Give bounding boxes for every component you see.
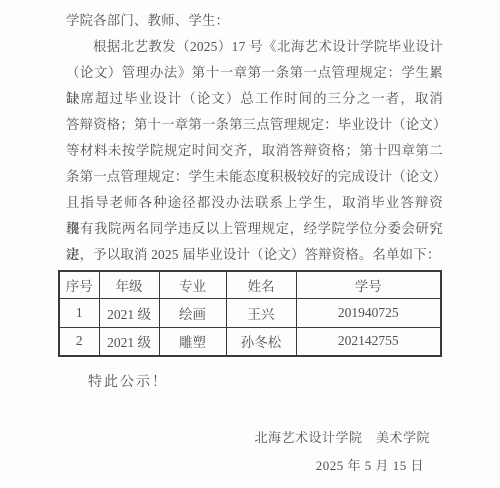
table-cell: 1 [59, 298, 99, 327]
column-header: 姓名 [226, 271, 296, 298]
table-row: 22021 级雕塑孙冬松202142755 [59, 327, 441, 356]
table-cell: 2021 级 [99, 298, 159, 327]
column-header: 专业 [159, 271, 226, 298]
body-line: （论文）管理办法》第十一章第一条第一点管理规定：学生累计 [66, 60, 443, 86]
body-line: 现有我院两名同学违反以上管理规定，经学院学位分委会研究决 [66, 216, 443, 242]
notice-document-page: 学院各部门、教师、学生： 根据北艺教发（2025）17 号《北海艺术设计学院毕业… [0, 0, 500, 488]
body-line: 答辩资格；第十一章第一条第三点管理规定：毕业设计（论文） [66, 112, 443, 138]
table-cell: 孙冬松 [226, 327, 296, 356]
body-line: 根据北艺教发（2025）17 号《北海艺术设计学院毕业设计 [66, 34, 443, 60]
closing-remark: 特此公示！ [88, 375, 168, 391]
body-line: 且指导老师各种途径都没办法联系上学生，取消毕业答辩资格； [66, 190, 443, 216]
table-cell: 雕塑 [159, 327, 226, 356]
table-cell: 201940725 [296, 298, 441, 327]
notice-body: 学院各部门、教师、学生： 根据北艺教发（2025）17 号《北海艺术设计学院毕业… [66, 8, 443, 268]
issue-date: 2025 年 5 月 15 日 [316, 458, 424, 473]
salutation: 学院各部门、教师、学生： [66, 8, 443, 34]
table-cell: 王兴 [226, 298, 296, 327]
table-cell: 202142755 [296, 327, 441, 356]
column-header: 序号 [59, 271, 99, 298]
column-header: 年级 [99, 271, 159, 298]
table-cell: 2021 级 [99, 327, 159, 356]
notice-paragraph: 根据北艺教发（2025）17 号《北海艺术设计学院毕业设计（论文）管理办法》第十… [66, 34, 443, 268]
body-line: 等材料未按学院规定时间交齐，取消答辩资格；第十四章第二 [66, 138, 443, 164]
table-header-row: 序号年级专业姓名学号 [59, 271, 441, 298]
issuer-signature: 北海艺术设计学院 美术学院 [254, 430, 430, 445]
table-cell: 绘画 [159, 298, 226, 327]
column-header: 学号 [296, 271, 441, 298]
table-row: 12021 级绘画王兴201940725 [59, 298, 441, 327]
table-body: 12021 级绘画王兴20194072522021 级雕塑孙冬松20214275… [59, 298, 441, 356]
body-line: 缺席超过毕业设计（论文）总工作时间的三分之一者，取消 [66, 86, 443, 112]
body-line: 定，予以取消 2025 届毕业设计（论文）答辩资格。名单如下： [66, 242, 443, 268]
table-header: 序号年级专业姓名学号 [59, 271, 441, 298]
body-line: 条第一点管理规定：学生未能态度积极较好的完成设计（论文） [66, 164, 443, 190]
table-cell: 2 [59, 327, 99, 356]
revoked-students-table: 序号年级专业姓名学号 12021 级绘画王兴20194072522021 级雕塑… [58, 270, 442, 357]
